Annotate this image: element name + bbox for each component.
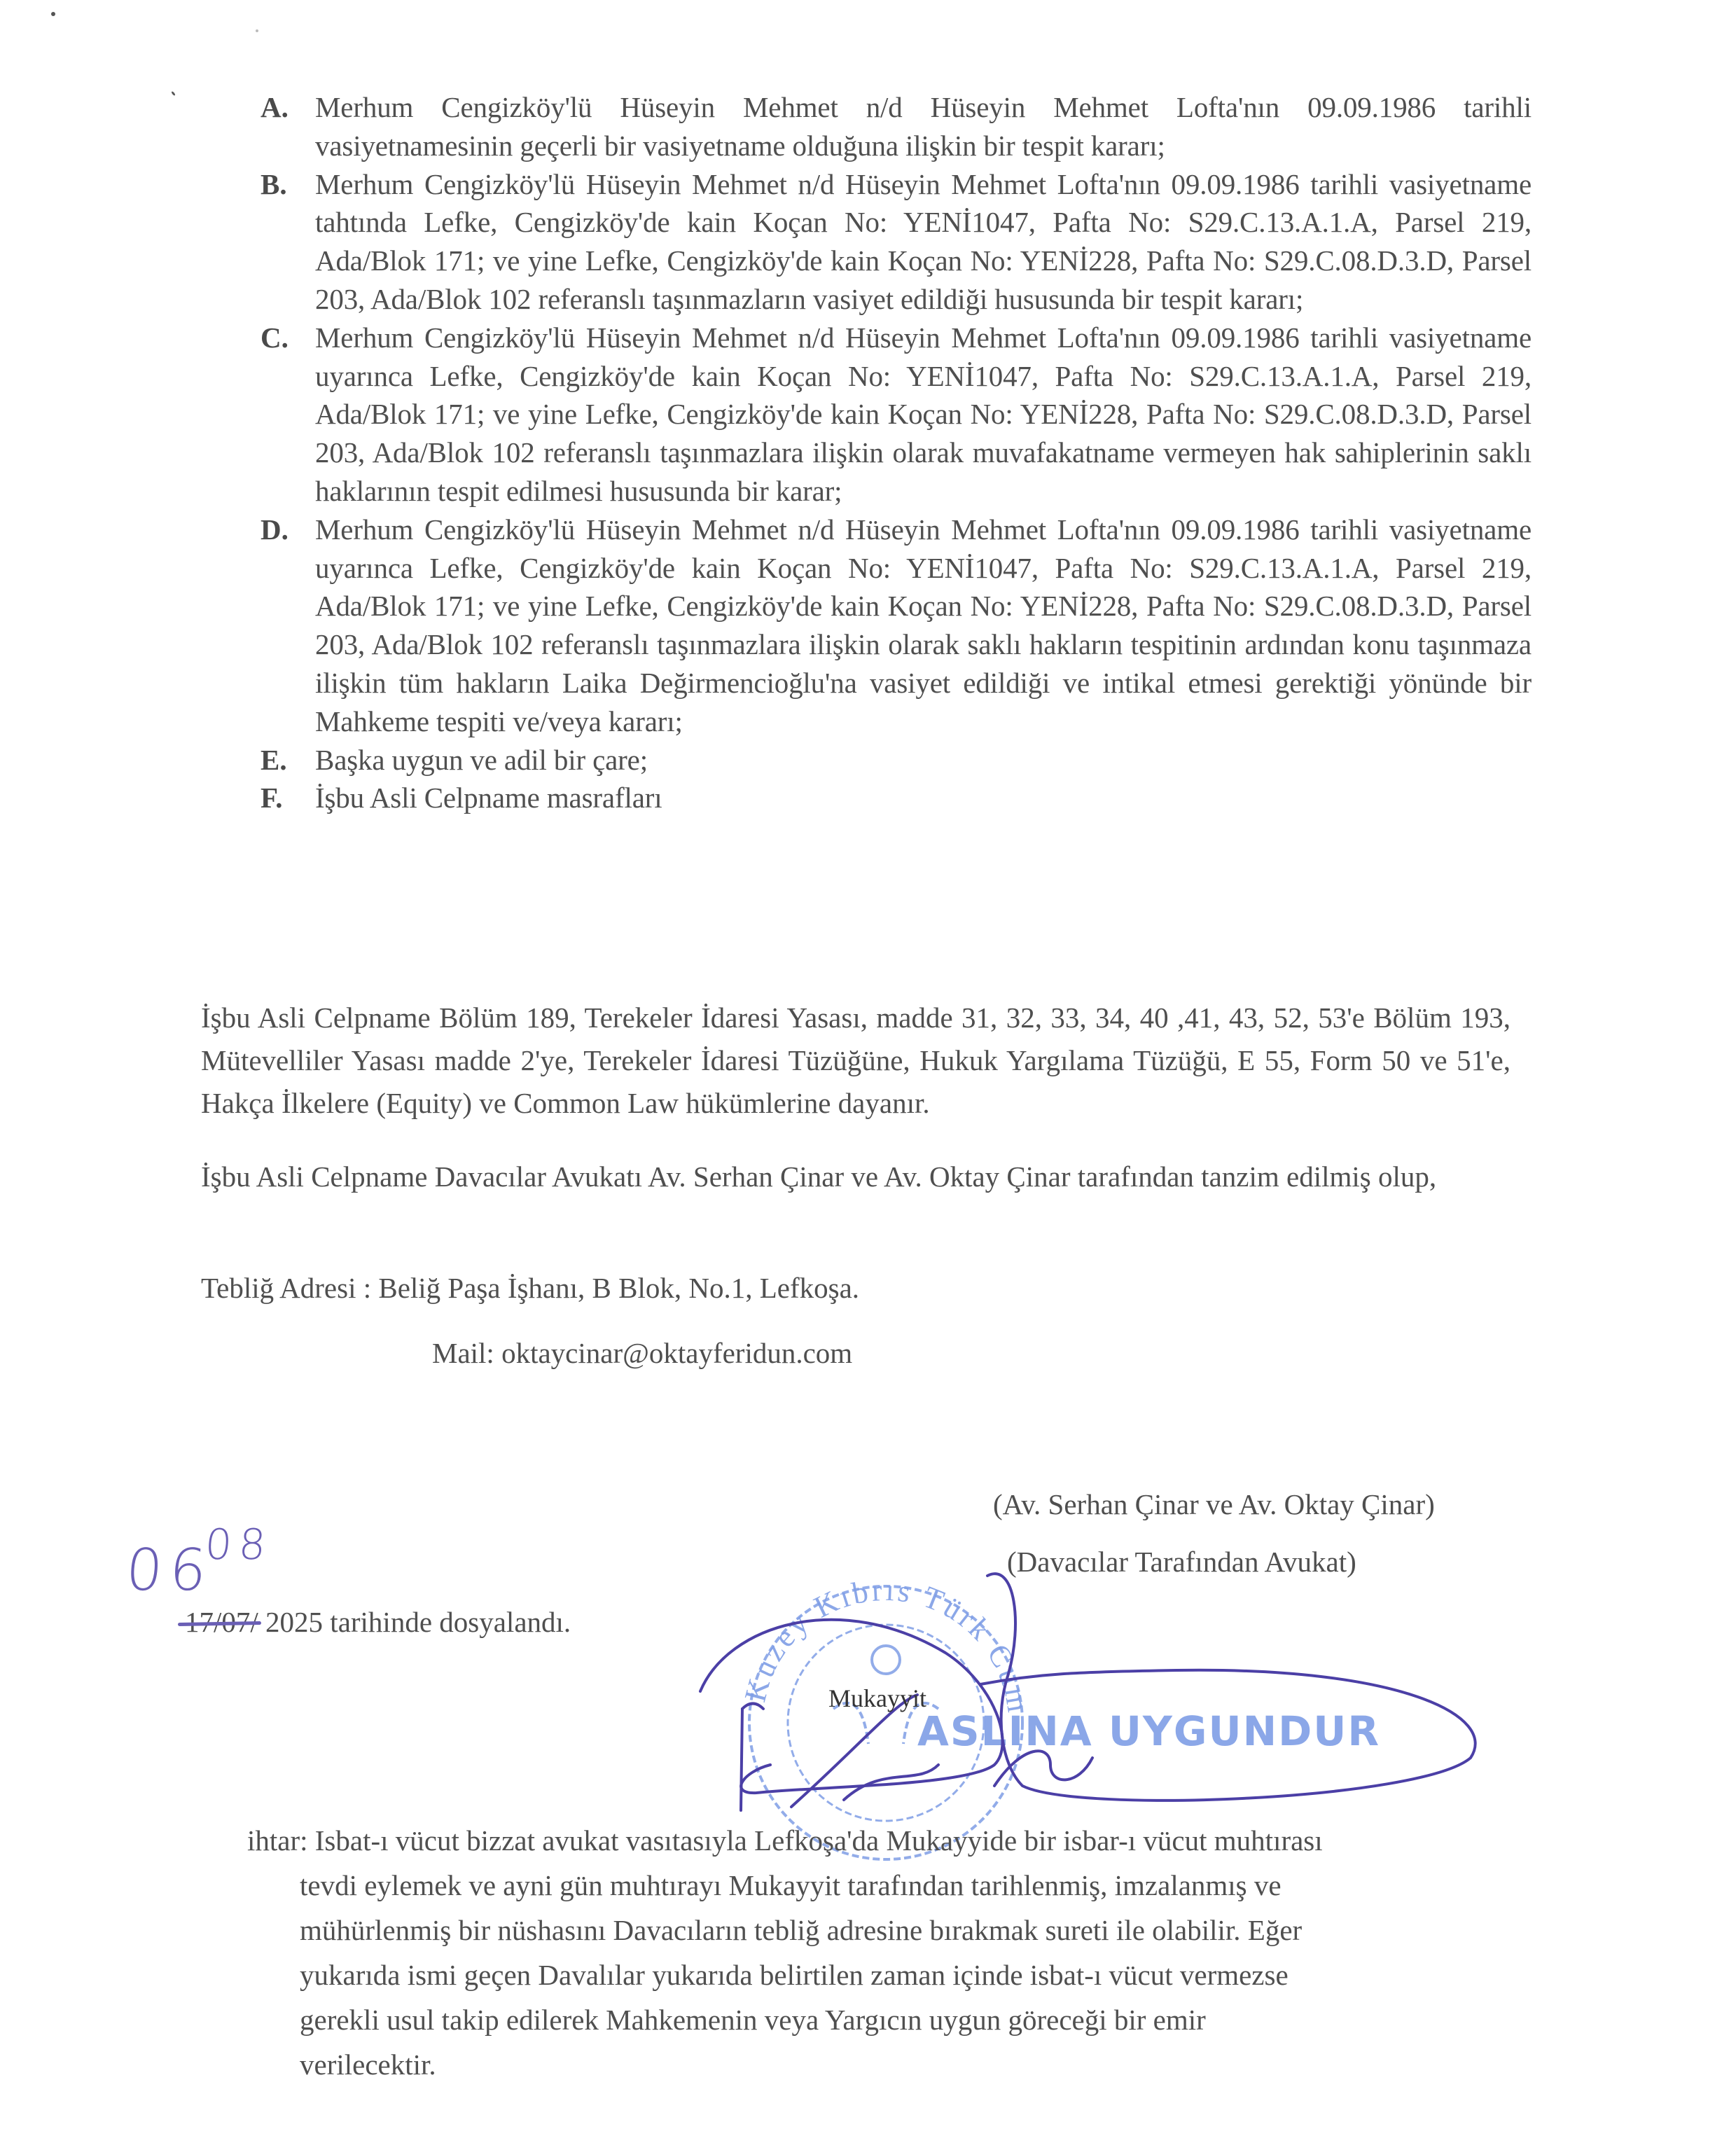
filing-date-line: 17/07/ 2025 tarihinde dosyalandı. bbox=[185, 1601, 571, 1644]
item-label: D. bbox=[261, 511, 289, 549]
item-text: Merhum Cengizköy'lü Hüseyin Mehmet n/d H… bbox=[315, 165, 1532, 319]
registrar-label: Mukayyit bbox=[828, 1681, 926, 1716]
legal-basis-paragraph: İşbu Asli Celpname Bölüm 189, Terekeler … bbox=[201, 997, 1511, 1125]
handwritten-month: 08 bbox=[203, 1520, 274, 1569]
relief-item-e: E. Başka uygun ve adil bir çare; bbox=[261, 741, 1532, 779]
relief-list: A. Merhum Cengizköy'lü Hüseyin Mehmet n/… bbox=[261, 88, 1532, 817]
warning-line: tevdi eylemek ve ayni gün muhtırayı Muka… bbox=[300, 1863, 1529, 1908]
prepared-by-paragraph: İşbu Asli Celpname Davacılar Avukatı Av.… bbox=[201, 1156, 1511, 1198]
item-text: İşbu Asli Celpname masrafları bbox=[315, 779, 1532, 817]
item-label: E. bbox=[261, 741, 287, 779]
signature-icon bbox=[700, 1574, 1475, 1810]
scan-speck bbox=[171, 91, 176, 96]
document-page: A. Merhum Cengizköy'lü Hüseyin Mehmet n/… bbox=[0, 0, 1736, 2143]
handwritten-day: 06 bbox=[124, 1537, 216, 1604]
signatory-role: (Davacılar Tarafından Avukat) bbox=[1007, 1541, 1356, 1583]
relief-item-f: F. İşbu Asli Celpname masrafları bbox=[261, 779, 1532, 817]
warning-line: ihtar: Isbat-ı vücut bizzat avukat vasıt… bbox=[247, 1818, 1529, 1863]
certified-copy-stamp: ASLINA UYGUNDUR bbox=[917, 1707, 1380, 1755]
item-text: Merhum Cengizköy'lü Hüseyin Mehmet n/d H… bbox=[315, 319, 1532, 511]
scan-speck bbox=[256, 29, 258, 32]
relief-item-c: C. Merhum Cengizköy'lü Hüseyin Mehmet n/… bbox=[261, 319, 1532, 511]
service-address: Tebliğ Adresi : Beliğ Paşa İşhanı, B Blo… bbox=[201, 1267, 1511, 1310]
contact-email: Mail: oktaycinar@oktayferidun.com bbox=[432, 1332, 852, 1375]
struck-date: 17/07/ bbox=[185, 1606, 258, 1638]
signatory-names: (Av. Serhan Çinar ve Av. Oktay Çinar) bbox=[993, 1483, 1435, 1526]
item-label: A. bbox=[261, 88, 289, 127]
item-text: Merhum Cengizköy'lü Hüseyin Mehmet n/d H… bbox=[315, 511, 1532, 741]
warning-line: verilecektir. bbox=[300, 2042, 1529, 2087]
warning-notice: ihtar: Isbat-ı vücut bizzat avukat vasıt… bbox=[247, 1818, 1529, 2087]
relief-item-b: B. Merhum Cengizköy'lü Hüseyin Mehmet n/… bbox=[261, 165, 1532, 319]
handwritten-date-correction: 0608 bbox=[124, 1537, 273, 1604]
item-label: B. bbox=[261, 165, 287, 204]
item-label: C. bbox=[261, 319, 289, 357]
filing-text: 2025 tarihinde dosyalandı. bbox=[258, 1606, 571, 1638]
item-text: Başka uygun ve adil bir çare; bbox=[315, 741, 1532, 779]
warning-line: mühürlenmiş bir nüshasını Davacıların te… bbox=[300, 1908, 1529, 1953]
item-text: Merhum Cengizköy'lü Hüseyin Mehmet n/d H… bbox=[315, 88, 1532, 165]
relief-item-a: A. Merhum Cengizköy'lü Hüseyin Mehmet n/… bbox=[261, 88, 1532, 165]
warning-line: yukarıda ismi geçen Davalılar yukarıda b… bbox=[300, 1953, 1529, 1997]
scan-speck bbox=[51, 12, 55, 16]
item-label: F. bbox=[261, 779, 283, 817]
relief-item-d: D. Merhum Cengizköy'lü Hüseyin Mehmet n/… bbox=[261, 511, 1532, 741]
warning-line: gerekli usul takip edilerek Mahkemenin v… bbox=[300, 1997, 1529, 2042]
